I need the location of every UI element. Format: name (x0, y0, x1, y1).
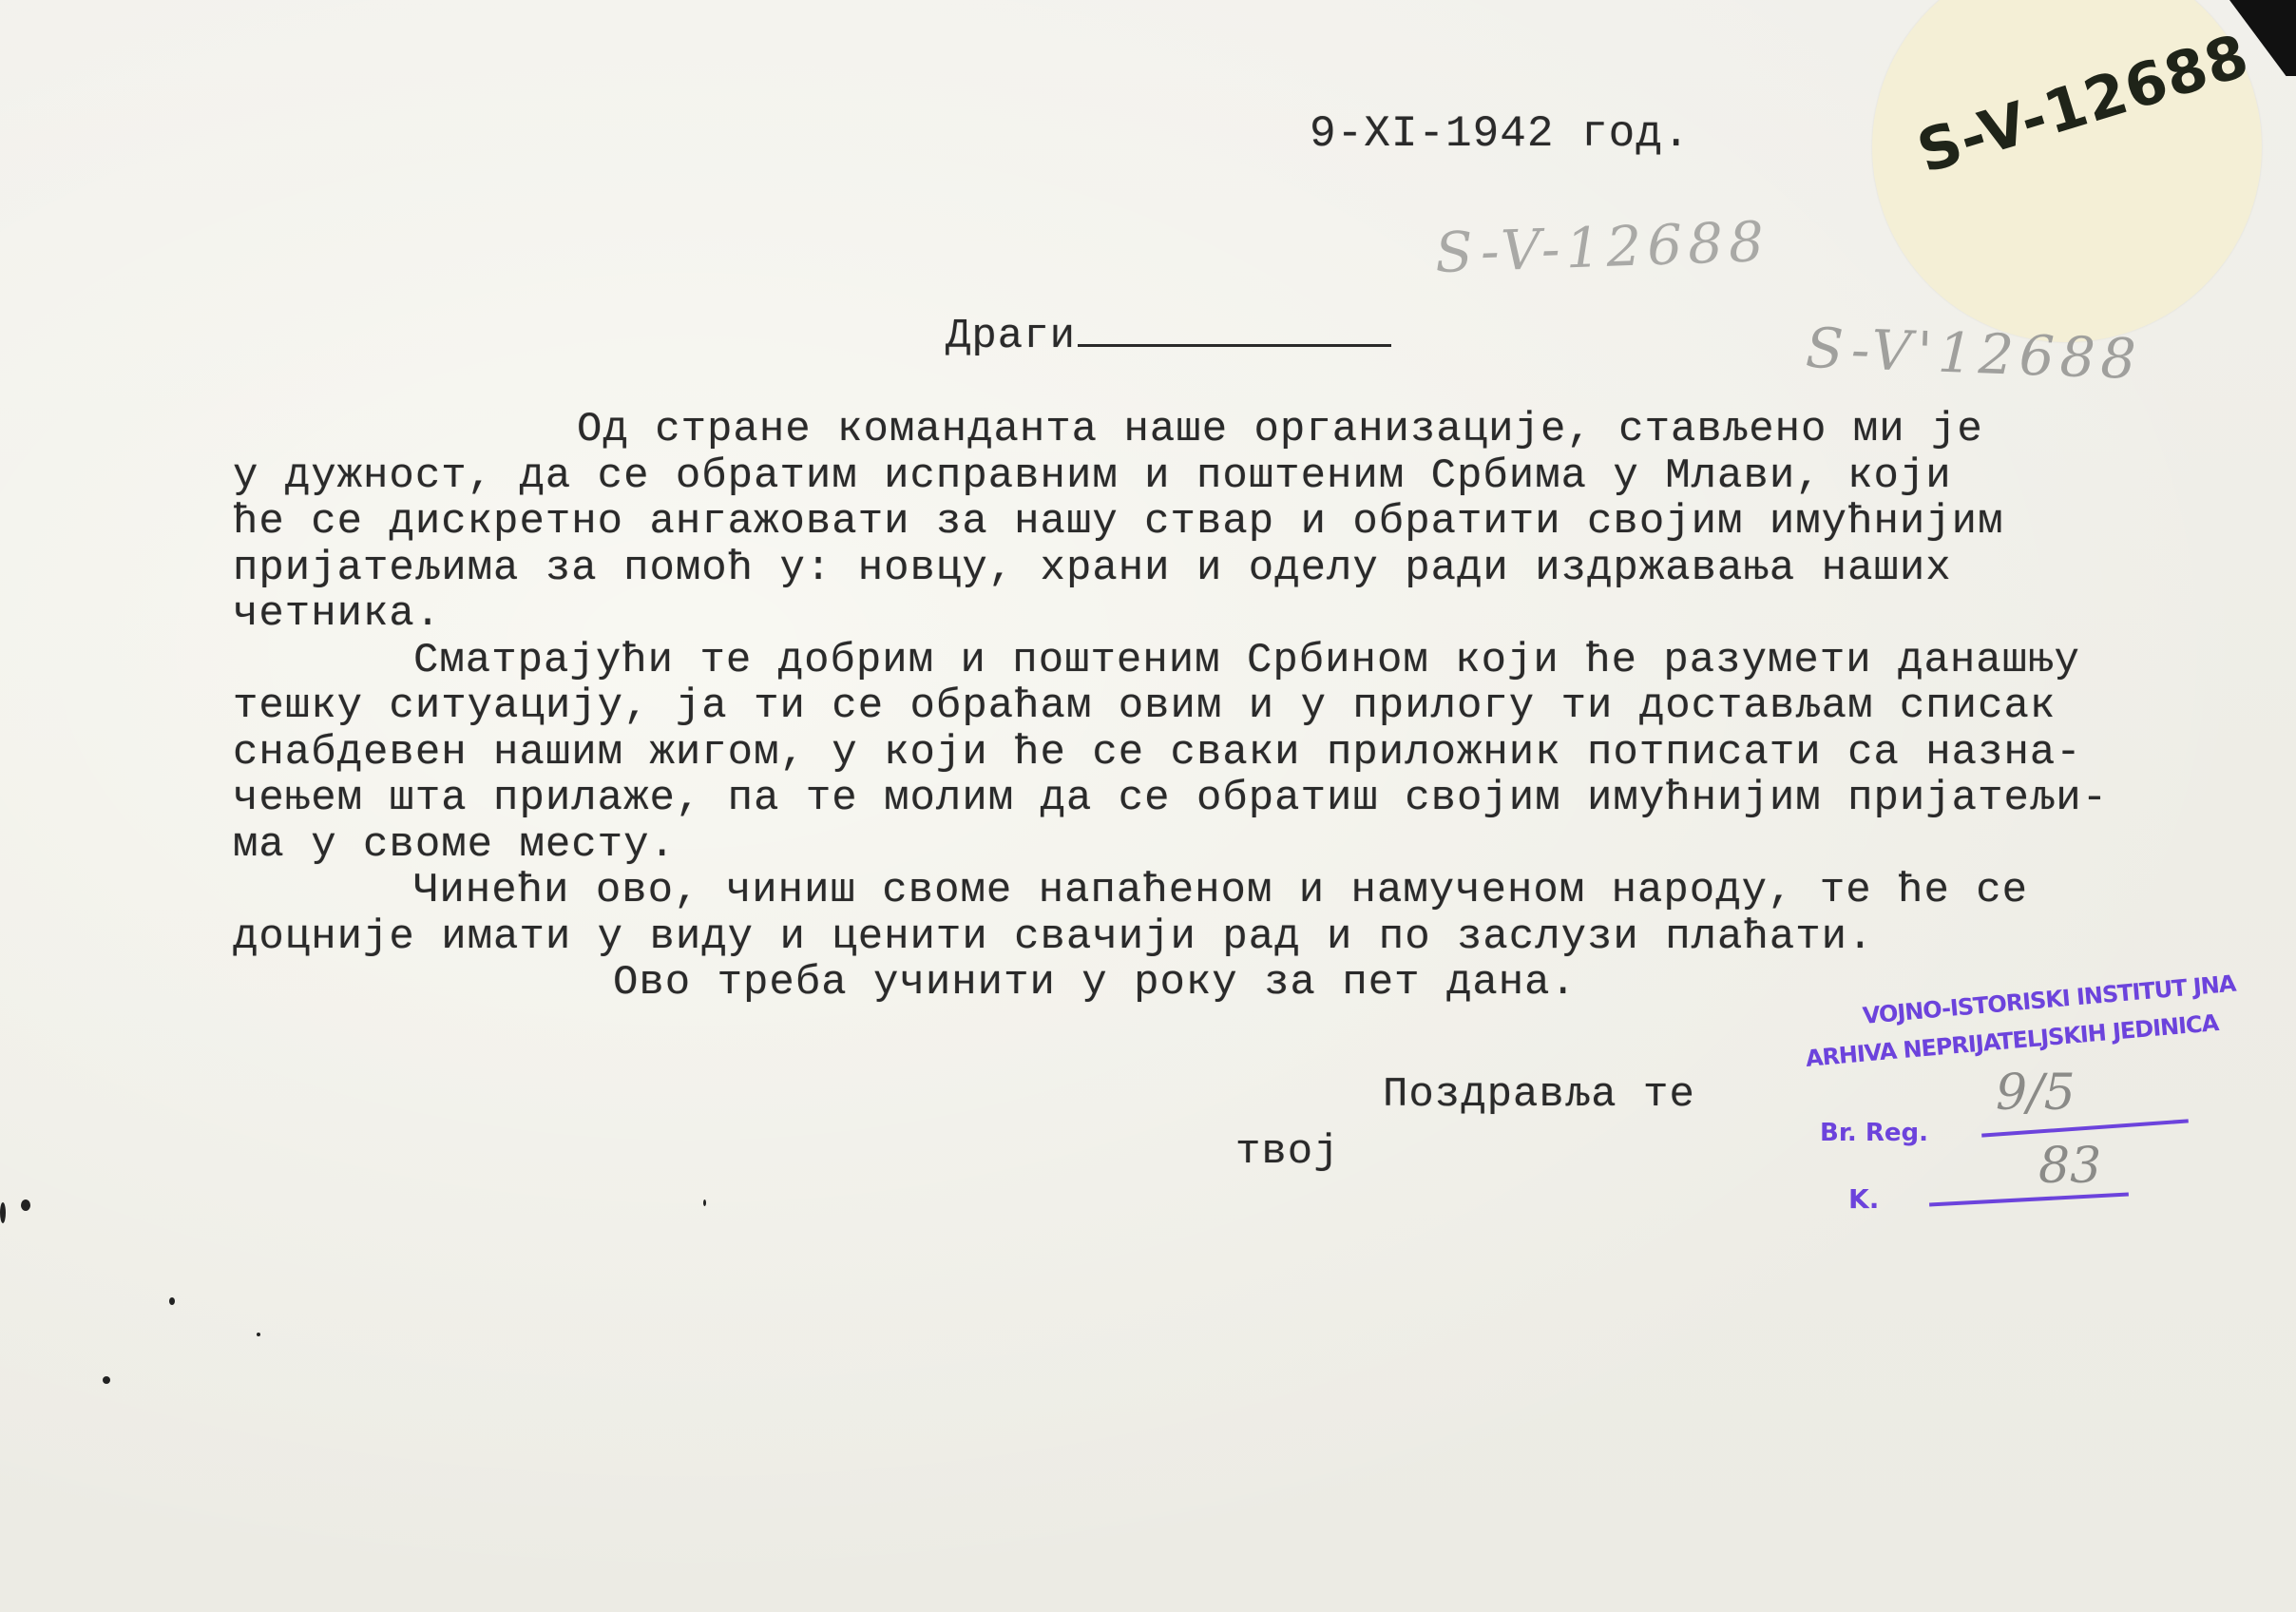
body-line: у дужност, да се обратим исправним и пош… (233, 455, 2108, 502)
salutation-text: Драги (946, 313, 1076, 360)
stamp-reg-label: Br. Reg. (1820, 1119, 1928, 1147)
letter-body: Од стране команданта наше организације, … (233, 409, 2108, 1008)
paper-speck (103, 1376, 110, 1384)
body-line: ма у своме месту. (233, 824, 2108, 871)
salutation: Драги (946, 316, 1391, 357)
closing: Поздравља те (1383, 1074, 1695, 1116)
letter-date: 9-XI-1942 год. (1310, 112, 1690, 156)
signature: твој (1235, 1131, 1340, 1173)
body-line: Чинећи ово, чиниш своме напаћеном и наму… (233, 870, 2108, 916)
body-line: ће се дискретно ангажовати за нашу ствар… (233, 501, 2108, 547)
stamp-reg-line (1981, 1119, 2189, 1137)
paper-speck (169, 1297, 175, 1305)
body-line: снабдевен нашим жигом, у који ће се свак… (233, 732, 2108, 778)
paper-speck (703, 1199, 706, 1206)
body-line: Сматрајући те добрим и поштеним Србином … (233, 640, 2108, 686)
body-line: чењем шта прилаже, па те молим да се обр… (233, 777, 2108, 824)
body-line: пријатељима за помоћ у: новцу, храни и о… (233, 547, 2108, 594)
body-line: Од стране команданта наше организације, … (233, 409, 2108, 455)
pencil-archive-mark: S-V-12688 (1434, 209, 1770, 285)
body-line: доцније имати у виду и ценити свачији ра… (233, 916, 2108, 963)
archive-registration-stamp: VOJNO-ISTORISKI INSTITUT JNA ARHIVA NEPR… (1796, 993, 2214, 1231)
paper-speck (21, 1199, 30, 1211)
body-line: четника. (233, 593, 2108, 640)
pencil-archive-mark-2: S-V'12688 (1805, 316, 2143, 392)
body-line: тешку ситуацију, ја ти се обраћам овим и… (233, 685, 2108, 732)
stamp-k-line (1929, 1193, 2129, 1207)
recipient-blank-line (1078, 343, 1391, 347)
stamp-reg-number-top: 9/5 (1996, 1065, 2076, 1122)
paper-speck (257, 1333, 260, 1336)
paper-speck (0, 1202, 6, 1223)
stamp-k-label: K. (1848, 1183, 1879, 1215)
stamp-reg-number-bottom: 83 (2038, 1138, 2101, 1195)
